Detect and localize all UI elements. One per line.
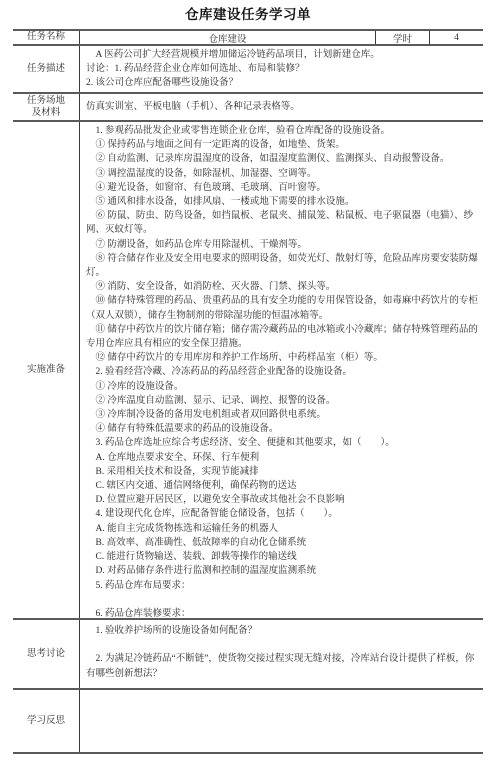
content-line: D. 位置应避开居民区，以避免安全事故或其他社会不良影响: [86, 493, 478, 507]
row-label-reflection: 学习反思: [13, 690, 80, 752]
row-label-text: 思考讨论: [24, 648, 68, 661]
content-line: ⑤ 通风和排水设备，如排风扇、一楼或地下需要的排水设施。: [86, 195, 478, 209]
hours-value: 4: [430, 31, 483, 44]
row-label-text: 任务描述: [24, 63, 68, 76]
content-line: 3. 药品仓库选址应综合考虑经济、安全、便捷和其他要求，如（ ）。: [86, 436, 478, 450]
content-line: ⑧ 符合储存作业及安全用电要求的照明设备，如荧光灯、散射灯等，危险品库房要安装防…: [86, 252, 478, 280]
content-line: 仿真实训室、平板电脑（手机）、各种记录表格等。: [86, 100, 300, 114]
learning-sheet-page: 仓库建设任务学习单 任务名称 仓库建设 学时 4 任务描述 A 医药公司扩大经营…: [0, 0, 496, 762]
content-line: 6. 药品仓库装修要求：: [86, 607, 478, 620]
row-label-task-description: 任务描述: [13, 46, 80, 92]
discussion-content: 1. 验收养护场所的设施设备如何配备？2. 为满足冷链药品“不断链”，使货物交接…: [80, 620, 483, 688]
row-label-text: 实施准备: [24, 364, 68, 377]
content-line: 1. 验收养护场所的设施设备如何配备？: [86, 624, 478, 638]
row-label-text: 任务场地及材料: [24, 95, 68, 120]
table-row-site-materials: 任务场地及材料 仿真实训室、平板电脑（手机）、各种记录表格等。: [13, 94, 483, 122]
learning-sheet-table: 任务名称 仓库建设 学时 4 任务描述 A 医药公司扩大经营规模并增加储运冷链药…: [13, 29, 483, 754]
content-line: A 医药公司扩大经营规模并增加储运冷链药品项目，计划新建仓库。: [86, 48, 478, 62]
task-name-value: 仓库建设: [80, 31, 375, 44]
document-title: 仓库建设任务学习单: [0, 0, 496, 23]
preparation-content: 1. 参观药品批发企业或零售连锁企业仓库，验看仓库配备的设施设备。① 保持药品与…: [80, 122, 483, 618]
blank-line: [86, 638, 478, 652]
row-label-text: 任务名称: [24, 31, 68, 44]
content-line: 4. 建设现代化仓库，应配备智能仓储设备，包括（ ）。: [86, 507, 478, 521]
content-line: ① 保持药品与地面之间有一定距离的设备，如地垫、货架。: [86, 138, 478, 152]
content-line: ④ 避光设备，如窗帘、有色玻璃、毛玻璃、百叶窗等。: [86, 181, 478, 195]
content-line: ⑫ 储存中药饮片的专用库房和养护工作场所、中药样品室（柜）等。: [86, 351, 478, 365]
content-line: 2. 验看经营冷藏、冷冻药品的药品经营企业配备的设施设备。: [86, 365, 478, 379]
row-label-task-name: 任务名称: [13, 31, 80, 44]
row-label-preparation: 实施准备: [13, 122, 80, 618]
content-line: ⑪ 储存中药饮片的饮片储存箱；储存需冷藏药品的电冰箱或小冷藏库；储存特殊管理药品…: [86, 323, 478, 351]
content-line: ② 自动监测、记录库房温湿度的设备，如温湿度监测仪、监测探头、自动报警设备。: [86, 152, 478, 166]
content-line: ⑩ 储存特殊管理的药品、贵重药品的具有安全功能的专用保管设备，如毒麻中药饮片的专…: [86, 294, 478, 322]
content-line: 讨论：1. 药品经营企业仓库如何选址、布局和装修？: [86, 62, 478, 76]
content-line: C. 辖区内交通、通信网络便利，确保药物的送达: [86, 479, 478, 493]
content-line: ③ 调控温湿度的设备，如除湿机、加湿器、空调等。: [86, 167, 478, 181]
content-line: 2. 为满足冷链药品“不断链”，使货物交接过程实现无缝对接，冷库站台设计提供了样…: [86, 652, 478, 680]
content-line: A. 能自主完成货物拣选和运输任务的机器人: [86, 522, 478, 536]
content-line: 5. 药品仓库布局要求：: [86, 579, 478, 593]
content-line: ⑦ 防潮设备，如药品仓库专用除湿机、干燥剂等。: [86, 238, 478, 252]
blank-line: [86, 593, 478, 607]
content-line: 2. 该公司仓库应配备哪些设施设备？: [86, 76, 478, 90]
content-line: D. 对药品储存条件进行监测和控制的温湿度监测系统: [86, 564, 478, 578]
hours-label: 学时: [375, 31, 430, 44]
reflection-content: [80, 690, 483, 752]
content-line: ② 冷库温度自动监测、显示、记录、调控、报警的设备。: [86, 394, 478, 408]
row-label-discussion: 思考讨论: [13, 620, 80, 688]
content-line: ① 冷库的设施设备。: [86, 380, 478, 394]
content-line: ④ 储存有特殊低温要求的药品的设施设备。: [86, 422, 478, 436]
content-line: 1. 参观药品批发企业或零售连锁企业仓库，验看仓库配备的设施设备。: [86, 124, 478, 138]
content-line: ⑥ 防鼠、防虫、防鸟设备，如挡鼠板、老鼠夹、捕鼠笼、粘鼠板、电子驱鼠器（电猫）、…: [86, 209, 478, 237]
content-line: ⑨ 消防、安全设备，如消防栓、灭火器、门禁、探头等。: [86, 280, 478, 294]
content-line: C. 能进行货物输送、装载、卸载等操作的输送线: [86, 550, 478, 564]
table-row-preparation: 实施准备 1. 参观药品批发企业或零售连锁企业仓库，验看仓库配备的设施设备。① …: [13, 122, 483, 620]
table-row-reflection: 学习反思: [13, 690, 483, 754]
table-row-task-description: 任务描述 A 医药公司扩大经营规模并增加储运冷链药品项目，计划新建仓库。讨论：1…: [13, 46, 483, 94]
row-label-text: 学习反思: [24, 715, 68, 728]
content-line: B. 采用相关技术和设备，实现节能减排: [86, 465, 478, 479]
content-line: ③ 冷库制冷设备的备用发电机组或者双回路供电系统。: [86, 408, 478, 422]
row-label-site-materials: 任务场地及材料: [13, 94, 80, 120]
table-row-discussion: 思考讨论 1. 验收养护场所的设施设备如何配备？2. 为满足冷链药品“不断链”，…: [13, 620, 483, 690]
site-materials-content: 仿真实训室、平板电脑（手机）、各种记录表格等。: [80, 94, 483, 120]
content-line: B. 高效率、高准确性、低故障率的自动化仓储系统: [86, 536, 478, 550]
task-description-content: A 医药公司扩大经营规模并增加储运冷链药品项目，计划新建仓库。讨论：1. 药品经…: [80, 46, 483, 92]
content-line: A. 仓库地点要求安全、环保、行车便利: [86, 451, 478, 465]
table-row-header: 任务名称 仓库建设 学时 4: [13, 31, 483, 46]
